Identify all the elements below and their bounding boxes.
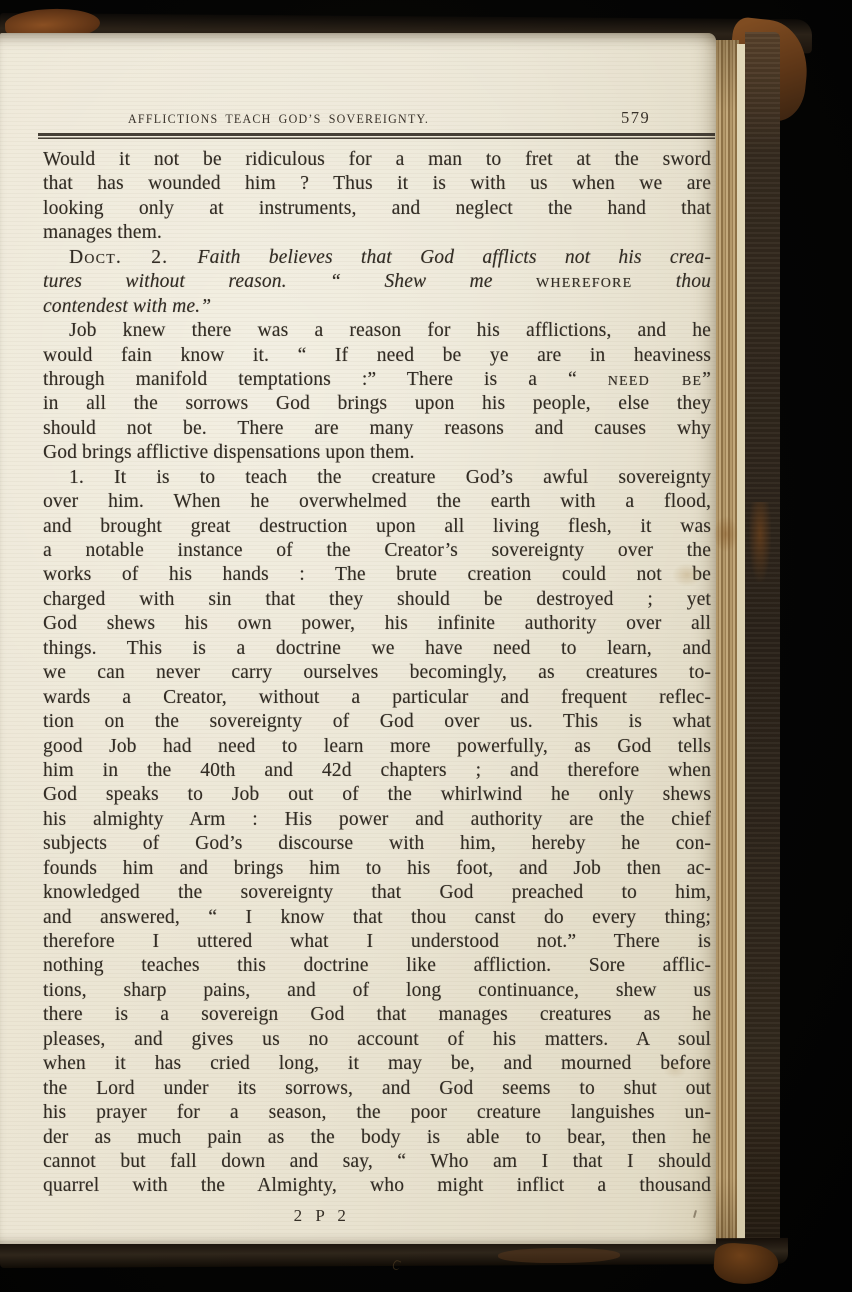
text-line: over him. When he overwhelmed the earth …	[43, 490, 711, 514]
text-line: his prayer for a season, the poor creatu…	[43, 1101, 711, 1125]
text-line: God brings afflictive dispensations upon…	[43, 441, 711, 465]
text-line: knowledged the sovereignty that God prea…	[43, 881, 711, 905]
text-line: should not be. There are many reasons an…	[43, 417, 711, 441]
text-segment: his almighty Arm : His power and authori…	[43, 809, 711, 830]
text-segment: there is a sovereign God that manages cr…	[43, 1004, 711, 1025]
text-segment: charged with sin that they should be des…	[43, 589, 711, 610]
fore-edge-stain	[714, 516, 738, 552]
text-line: subjects of God’s discourse with him, he…	[43, 832, 711, 856]
text-segment: tures without reason. “ Shew me	[43, 271, 536, 292]
text-line: God speaks to Job out of the whirlwind h…	[43, 783, 711, 807]
running-header-title: AFFLICTIONS TEACH GOD’S SOVEREIGNTY.	[128, 112, 429, 127]
text-line: pleases, and gives us no account of his …	[43, 1028, 711, 1052]
header-double-rule	[38, 133, 715, 141]
text-line: and answered, “ I know that thou canst d…	[43, 906, 711, 930]
text-segment: Job knew there was a reason for his affl…	[69, 320, 711, 341]
text-line: him in the 40th and 42d chapters ; and t…	[43, 759, 711, 783]
text-line: looking only at instruments, and neglect…	[43, 197, 711, 221]
text-segment: der as much pain as the body is able to …	[43, 1127, 711, 1148]
text-segment: wards a Creator, without a particular an…	[43, 687, 711, 708]
text-line: therefore I uttered what I understood no…	[43, 930, 711, 954]
text-segment: through manifold temptations :” There is…	[43, 369, 608, 390]
text-segment: works of his hands : The brute creation …	[43, 564, 711, 585]
text-segment: that has wounded him ? Thus it is with u…	[43, 173, 711, 194]
text-line: 1. It is to teach the creature God’s awf…	[43, 466, 711, 490]
text-segment: Would it not be ridiculous for a man to …	[43, 149, 711, 170]
text-line: der as much pain as the body is able to …	[43, 1126, 711, 1150]
text-segment: Faith believes that God afflicts not his…	[198, 247, 711, 268]
text-line: a notable instance of the Creator’s sove…	[43, 539, 711, 563]
text-line: charged with sin that they should be des…	[43, 588, 711, 612]
text-segment: a notable instance of the Creator’s sove…	[43, 540, 711, 561]
text-segment: subjects of God’s discourse with him, he…	[43, 833, 711, 854]
signature-mark: 2 P 2	[0, 1206, 680, 1226]
text-line: good Job had need to learn more powerful…	[43, 735, 711, 759]
ink-speck	[693, 1210, 697, 1218]
text-segment: God speaks to Job out of the whirlwind h…	[43, 784, 711, 805]
text-line: in all the sorrows God brings upon his p…	[43, 392, 711, 416]
text-segment: the Lord under its sorrows, and God seem…	[43, 1078, 711, 1099]
text-segment: pleases, and gives us no account of his …	[43, 1029, 711, 1050]
text-line: quarrel with the Almighty, who might inf…	[43, 1174, 711, 1198]
text-line: Doct. 2. Faith believes that God afflict…	[43, 246, 711, 270]
text-segment: his prayer for a season, the poor creatu…	[43, 1102, 711, 1123]
page-fore-edge	[712, 40, 739, 1250]
text-segment: thou	[632, 271, 711, 292]
text-line: through manifold temptations :” There is…	[43, 368, 711, 392]
text-line: there is a sovereign God that manages cr…	[43, 1003, 711, 1027]
text-segment: him in the 40th and 42d chapters ; and t…	[43, 760, 711, 781]
text-segment: and brought great destruction upon all l…	[43, 516, 711, 537]
text-line: that has wounded him ? Thus it is with u…	[43, 172, 711, 196]
text-segment: wherefore	[536, 271, 632, 292]
text-segment: contendest with me.”	[43, 296, 211, 317]
text-segment: therefore I uttered what I understood no…	[43, 931, 711, 952]
text-line: works of his hands : The brute creation …	[43, 563, 711, 587]
book-page: AFFLICTIONS TEACH GOD’S SOVEREIGNTY. 579…	[0, 33, 716, 1244]
text-line: Job knew there was a reason for his affl…	[43, 319, 711, 343]
text-line: tures without reason. “ Shew me wherefor…	[43, 270, 711, 294]
text-segment: God brings afflictive dispensations upon…	[43, 442, 415, 463]
text-segment: need be	[608, 369, 702, 390]
text-segment: manages them.	[43, 222, 162, 243]
text-segment: tion on the sovereignty of God over us. …	[43, 711, 711, 732]
text-segment: tions, sharp pains, and of long continua…	[43, 980, 711, 1001]
text-segment: good Job had need to learn more powerful…	[43, 736, 711, 757]
text-line: founds him and brings him to his foot, a…	[43, 857, 711, 881]
text-line: when it has cried long, it may be, and m…	[43, 1052, 711, 1076]
book-cover-right-edge	[745, 32, 780, 1254]
text-segment: should not be. There are many reasons an…	[43, 418, 711, 439]
text-block: Would it not be ridiculous for a man to …	[43, 148, 711, 1199]
text-segment: nothing teaches this doctrine like affli…	[43, 955, 711, 976]
text-segment: quarrel with the Almighty, who might inf…	[43, 1175, 711, 1196]
text-segment: in all the sorrows God brings upon his p…	[43, 393, 711, 414]
text-line: we can never carry ourselves becomingly,…	[43, 661, 711, 685]
text-segment: Doct. 2.	[69, 247, 198, 268]
text-segment: when it has cried long, it may be, and m…	[43, 1053, 711, 1074]
text-segment: God shews his own power, his infinite au…	[43, 613, 711, 634]
text-line: tion on the sovereignty of God over us. …	[43, 710, 711, 734]
text-segment: looking only at instruments, and neglect…	[43, 198, 711, 219]
text-line: would fain know it. “ If need be ye are …	[43, 344, 711, 368]
text-line: tions, sharp pains, and of long continua…	[43, 979, 711, 1003]
text-segment: 1. It is to teach the creature God’s awf…	[69, 467, 711, 488]
text-segment: founds him and brings him to his foot, a…	[43, 858, 711, 879]
text-segment: and answered, “ I know that thou canst d…	[43, 907, 711, 928]
page-number: 579	[621, 108, 650, 128]
text-line: wards a Creator, without a particular an…	[43, 686, 711, 710]
text-line: cannot but fall down and say, “ Who am I…	[43, 1150, 711, 1174]
text-segment: things. This is a doctrine we have need …	[43, 638, 711, 659]
paragraph: Job knew there was a reason for his affl…	[43, 319, 711, 466]
text-line: his almighty Arm : His power and authori…	[43, 808, 711, 832]
text-line: nothing teaches this doctrine like affli…	[43, 954, 711, 978]
text-line: God shews his own power, his infinite au…	[43, 612, 711, 636]
leather-rust-streak	[749, 502, 771, 582]
text-line: manages them.	[43, 221, 711, 245]
text-segment: knowledged the sovereignty that God prea…	[43, 882, 711, 903]
photo-backdrop: AFFLICTIONS TEACH GOD’S SOVEREIGNTY. 579…	[0, 0, 852, 1292]
foxing-stain	[672, 563, 702, 587]
text-segment: over him. When he overwhelmed the earth …	[43, 491, 711, 512]
text-line: things. This is a doctrine we have need …	[43, 637, 711, 661]
text-line: and brought great destruction upon all l…	[43, 515, 711, 539]
paragraph: Doct. 2. Faith believes that God afflict…	[43, 246, 711, 319]
foxing-stain	[663, 1061, 687, 1079]
paragraph: Would it not be ridiculous for a man to …	[43, 148, 711, 246]
text-line: Would it not be ridiculous for a man to …	[43, 148, 711, 172]
text-segment: would fain know it. “ If need be ye are …	[43, 345, 711, 366]
text-segment: we can never carry ourselves becomingly,…	[43, 662, 711, 683]
text-line: the Lord under its sorrows, and God seem…	[43, 1077, 711, 1101]
text-line: contendest with me.”	[43, 295, 711, 319]
paragraph: 1. It is to teach the creature God’s awf…	[43, 466, 711, 1199]
text-segment: cannot but fall down and say, “ Who am I…	[43, 1151, 711, 1172]
text-segment: ”	[702, 369, 711, 390]
